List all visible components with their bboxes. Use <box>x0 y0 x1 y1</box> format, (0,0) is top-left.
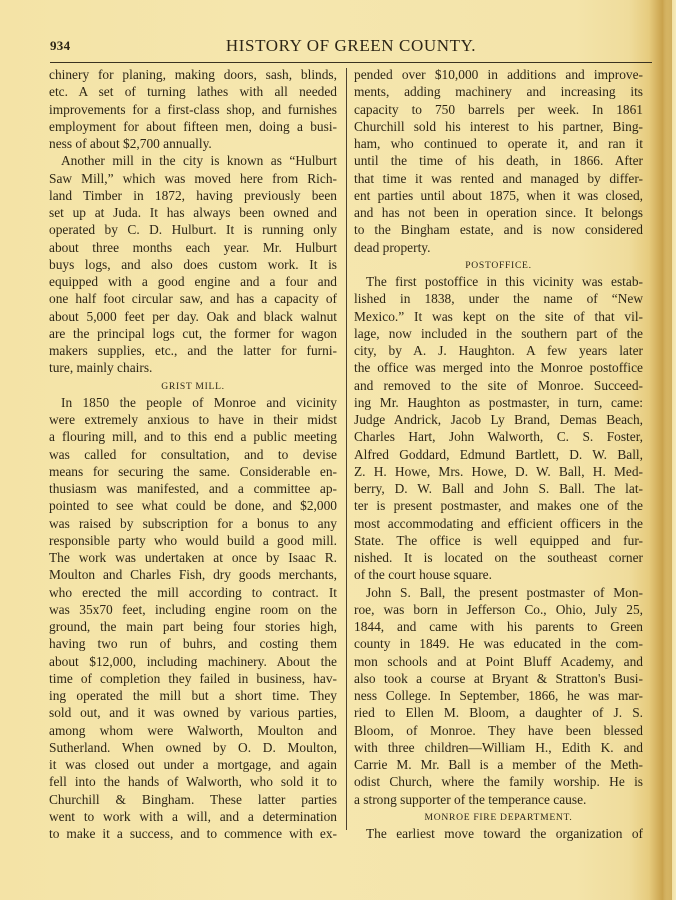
text-line: Alfred Goddard, Edmund Bartlett, D. W. B… <box>354 446 643 463</box>
text-line: fell into the hands of Walworth, who sol… <box>49 773 337 790</box>
text-line: Z. H. Howe, Mrs. Howe, D. W. Ball, H. Me… <box>354 463 643 480</box>
text-line: Churchill sold his interest to his partn… <box>354 118 643 135</box>
section-heading: GRIST MILL. <box>49 377 337 394</box>
text-line: improvements for a first-class shop, and… <box>49 101 337 118</box>
text-line: roe, was born in Jefferson Co., Ohio, Ju… <box>354 601 643 618</box>
text-line: Moulton and Charles Fish, dry goods merc… <box>49 566 337 583</box>
text-line: ing Mr. Haughton as postmaster, in turn,… <box>354 394 643 411</box>
text-line: lage, now included in the southern part … <box>354 325 643 342</box>
text-line: the office was merged into the Monroe po… <box>354 359 643 376</box>
text-line: it was closed out under a mortgage, and … <box>49 756 337 773</box>
text-line: Sutherland. When owned by O. D. Moulton, <box>49 739 337 756</box>
text-line: until the time of his death, in 1866. Af… <box>354 152 643 169</box>
text-line: ent parties until about 1875, when it wa… <box>354 187 643 204</box>
text-line: went to work with a will, and a determin… <box>49 808 337 825</box>
column-divider <box>346 68 347 830</box>
text-line: State. The office is well equipped and f… <box>354 532 643 549</box>
text-line: employment for about fifteen men, doing … <box>49 118 337 135</box>
text-line: ments, adding machinery and increasing i… <box>354 83 643 100</box>
text-line: was raised by subscription for a bonus t… <box>49 515 337 532</box>
text-line: about $12,000, including machinery. Abou… <box>49 653 337 670</box>
text-line: Carrie M. Mr. Ball is a member of the Me… <box>354 756 643 773</box>
text-line: time of completion they failed in busine… <box>49 670 337 687</box>
text-line: means for securing the same. Considerabl… <box>49 463 337 480</box>
text-line: most accommodating and efficient officer… <box>354 515 643 532</box>
text-line: about 5,000 feet per day. Oak and black … <box>49 308 337 325</box>
text-line: Judge Andrick, Jacob Ly Brand, Demas Bea… <box>354 411 643 428</box>
text-line: among whom were Walworth, Moulton and <box>49 722 337 739</box>
text-line: Churchill & Bingham. These latter partie… <box>49 791 337 808</box>
text-line: set up at Juda. It has always been owned… <box>49 204 337 221</box>
text-line: with three children—William H., Edith K.… <box>354 739 643 756</box>
section-heading: POSTOFFICE. <box>354 256 643 273</box>
text-line: pointed to see what could be done, and $… <box>49 497 337 514</box>
text-line: and has not been in operation since. It … <box>354 204 643 221</box>
text-line: of the court house square. <box>354 566 643 583</box>
text-line: ried to Ellen M. Bloom, a daughter of J.… <box>354 704 643 721</box>
text-line: equipped with a good engine and a four a… <box>49 273 337 290</box>
text-line: ture, mainly chairs. <box>49 359 337 376</box>
left-column: chinery for planing, making doors, sash,… <box>49 66 337 842</box>
text-line: chinery for planing, making doors, sash,… <box>49 66 337 83</box>
text-line: buys logs, and also does custom work. It… <box>49 256 337 273</box>
text-line: lished in 1838, under the name of “New <box>354 290 643 307</box>
text-line: mon schools and at Point Bluff Academy, … <box>354 653 643 670</box>
text-line: dead property. <box>354 239 643 256</box>
right-column: pended over $10,000 in additions and imp… <box>354 66 643 842</box>
text-line: to the Bingham estate, and is now consid… <box>354 221 643 238</box>
header-rule <box>50 62 652 63</box>
running-title: HISTORY OF GREEN COUNTY. <box>50 36 652 56</box>
text-line: county in 1849. He was educated in the c… <box>354 635 643 652</box>
page-header: 934 HISTORY OF GREEN COUNTY. <box>50 38 652 62</box>
text-line: ness of about $2,700 annually. <box>49 135 337 152</box>
text-line: that time it was rented and managed by d… <box>354 170 643 187</box>
text-line: etc. A set of turning lathes with all ne… <box>49 83 337 100</box>
paragraph-first-line: In 1850 the people of Monroe and vicinit… <box>49 394 337 411</box>
page-edge-shadow <box>662 0 672 900</box>
text-line: was 35x70 feet, including engine room on… <box>49 601 337 618</box>
text-line: city, by A. J. Haughton. A few years lat… <box>354 342 643 359</box>
text-line: makers supplies, etc., and the latter fo… <box>49 342 337 359</box>
text-line: about three months each year. Mr. Hulbur… <box>49 239 337 256</box>
text-line: nished. It is located on the southeast c… <box>354 549 643 566</box>
paragraph-first-line: The earliest move toward the organizatio… <box>354 825 643 842</box>
text-line: a strong supporter of the temperance cau… <box>354 791 643 808</box>
paragraph-first-line: The first postoffice in this vicinity wa… <box>354 273 643 290</box>
text-line: also took a course at Bryant & Stratton'… <box>354 670 643 687</box>
text-line: responsible party who would build a good… <box>49 532 337 549</box>
text-line: land Timber in 1872, having previously b… <box>49 187 337 204</box>
text-line: and removed to the site of Monroe. Succe… <box>354 377 643 394</box>
text-line: were extremely anxious to have in their … <box>49 411 337 428</box>
text-line: odist Church, where the family worship. … <box>354 773 643 790</box>
text-line: 1844, and came with his parents to Green <box>354 618 643 635</box>
text-line: berry, D. W. Ball and John S. Ball. The … <box>354 480 643 497</box>
text-line: ter is present postmaster, and makes one… <box>354 497 643 514</box>
text-line: who erected the mill according to contra… <box>49 584 337 601</box>
text-line: Charles Hart, John Walworth, C. S. Foste… <box>354 428 643 445</box>
paragraph-first-line: Another mill in the city is known as “Hu… <box>49 152 337 169</box>
text-line: Bloom, of Monroe. They have been blessed <box>354 722 643 739</box>
book-page: 934 HISTORY OF GREEN COUNTY. chinery for… <box>0 0 676 900</box>
text-line: are the principal logs cut, the former f… <box>49 325 337 342</box>
text-line: Mexico.” It was kept on the site of that… <box>354 308 643 325</box>
text-line: The work was undertaken at once by Isaac… <box>49 549 337 566</box>
text-line: ham, who continued to operate it, and ra… <box>354 135 643 152</box>
text-line: Saw Mill,” which was moved here from Ric… <box>49 170 337 187</box>
text-line: having two run of buhrs, and costing the… <box>49 635 337 652</box>
text-line: was called for consultation, and to devi… <box>49 446 337 463</box>
text-line: ness College. In September, 1866, he was… <box>354 687 643 704</box>
text-line: operated by C. D. Hulburt. It is running… <box>49 221 337 238</box>
text-line: a flouring mill, and to this end a publi… <box>49 428 337 445</box>
text-line: sold out, and it was owned by various pa… <box>49 704 337 721</box>
section-heading: MONROE FIRE DEPARTMENT. <box>354 808 643 825</box>
text-line: thusiasm was manifested, and a committee… <box>49 480 337 497</box>
text-line: pended over $10,000 in additions and imp… <box>354 66 643 83</box>
text-line: ground, the main part being four stories… <box>49 618 337 635</box>
paragraph-first-line: John S. Ball, the present postmaster of … <box>354 584 643 601</box>
text-line: to make it a success, and to commence wi… <box>49 825 337 842</box>
text-line: capacity to 750 barrels per week. In 186… <box>354 101 643 118</box>
text-line: ing operated the mill but a short time. … <box>49 687 337 704</box>
text-line: one half foot circular saw, and has a ca… <box>49 290 337 307</box>
